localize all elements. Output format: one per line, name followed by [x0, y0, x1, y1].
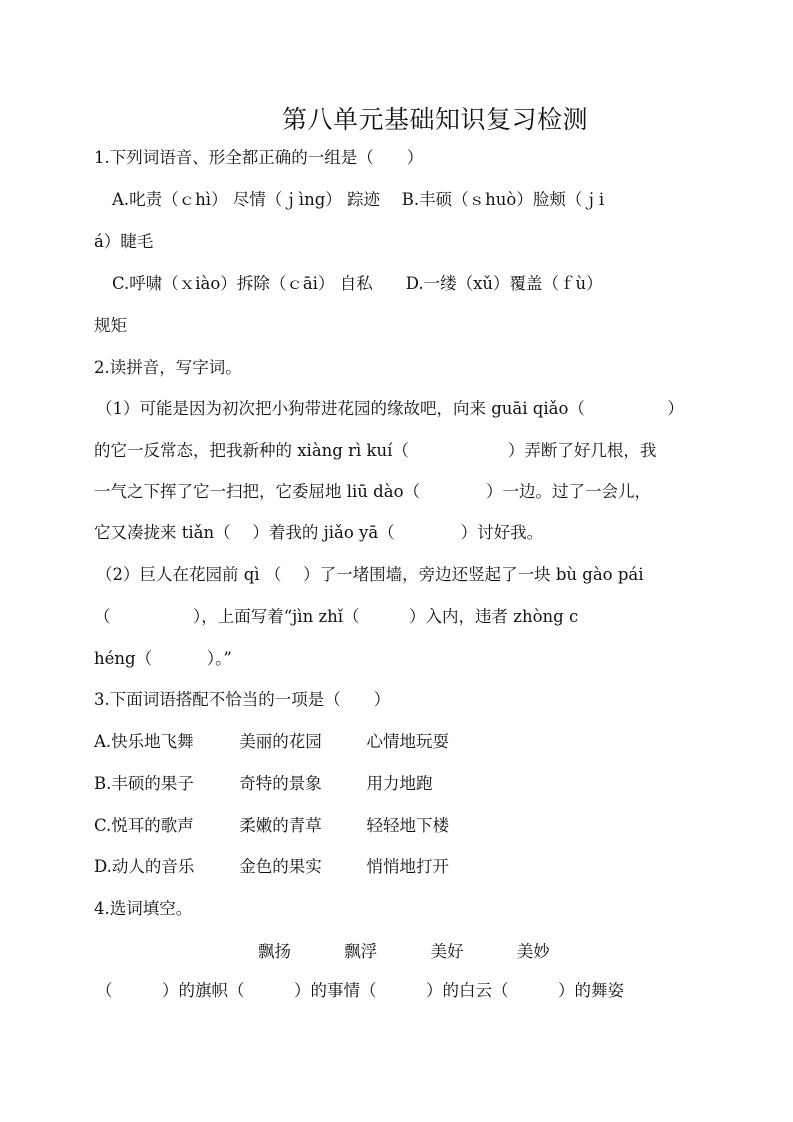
q3-option-b: B.丰硕的果子 奇特的景象 用力地跑	[94, 773, 710, 795]
word-bank-item: 飘浮	[344, 938, 377, 962]
option-item: 动人的音乐	[112, 857, 195, 876]
word-bank-item: 美妙	[517, 938, 550, 962]
q2-para1-line4: 它又凑拢来 tiǎn（ ）着我的 jiǎo yā（ ）讨好我。	[94, 522, 710, 544]
q4-blanks: （ ）的旗帜（ ）的事情（ ）的白云（ ）的舞姿	[96, 980, 712, 1002]
q2-para1-line1: （1）可能是因为初次把小狗带进花园的缘故吧，向来 guāi qiǎo（ ）	[96, 398, 712, 420]
option-item: 快乐地飞舞	[111, 732, 194, 751]
option-item: 金色的果实	[239, 856, 361, 878]
option-label: D.	[94, 857, 112, 876]
option-item: 丰硕的果子	[111, 774, 194, 793]
q1-options-cd: C.呼啸（ｘiào）拆除（ｃāi） 自私 D.一缕（xǔ）覆盖（ｆù）	[112, 273, 728, 295]
word-bank-item: 飘扬	[258, 938, 291, 962]
q4-word-bank: 飘扬 飘浮 美好 美妙	[258, 938, 598, 962]
q1-options-ab: A.叱责（ｃhì） 尽情（ｊìng） 踪迹 B.丰硕（ｓhuò）脸颊（ｊi	[112, 189, 728, 211]
option-item: 用力地跑	[367, 773, 433, 795]
q2-para2-line1: （2）巨人在花园前 qì （ ）了一堵围墙，旁边还竖起了一块 bù gào pá…	[96, 564, 712, 586]
q3-option-a: A.快乐地飞舞 美丽的花园 心情地玩耍	[94, 731, 710, 753]
worksheet-page: 第八单元基础知识复习检测 1.下列词语音、形全都正确的一组是（ ） A.叱责（ｃ…	[0, 0, 793, 1122]
option-item: 轻轻地下楼	[367, 815, 450, 837]
option-item: 悦耳的歌声	[111, 816, 194, 835]
q1-stem: 1.下列词语音、形全都正确的一组是（ ）	[94, 147, 710, 169]
q3-option-d: D.动人的音乐 金色的果实 悄悄地打开	[94, 856, 710, 878]
q3-option-c: C.悦耳的歌声 柔嫩的青草 轻轻地下楼	[94, 815, 710, 837]
page-title: 第八单元基础知识复习检测	[282, 100, 588, 136]
option-item: 奇特的景象	[239, 773, 361, 795]
q4-stem: 4.选词填空。	[94, 898, 710, 920]
option-item: 心情地玩耍	[367, 731, 450, 753]
q2-para1-line3: 一气之下挥了它一扫把，它委屈地 liū dào（ ）一边。过了一会儿，	[94, 481, 710, 503]
q1-options-ab-continued: á）睫毛	[94, 231, 710, 253]
q1-options-cd-continued: 规矩	[94, 315, 710, 337]
word-bank-item: 美好	[431, 938, 464, 962]
q2-para2-line2: （ ），上面写着“jìn zhǐ（ ）入内，违者 zhòng c	[94, 606, 710, 628]
q2-para1-line2: 的它一反常态，把我新种的 xiàng rì kuí（ ）弄断了好几根，我	[94, 440, 710, 462]
option-label: B.	[94, 774, 111, 793]
q2-para2-line3: héng（ ）。”	[94, 648, 710, 670]
option-item: 柔嫩的青草	[239, 815, 361, 837]
option-label: C.	[94, 816, 111, 835]
q2-stem: 2.读拼音，写字词。	[94, 357, 710, 379]
option-item: 美丽的花园	[239, 731, 361, 753]
option-item: 悄悄地打开	[367, 856, 450, 878]
option-label: A.	[94, 732, 111, 751]
q3-stem: 3.下面词语搭配不恰当的一项是（ ）	[94, 689, 710, 711]
